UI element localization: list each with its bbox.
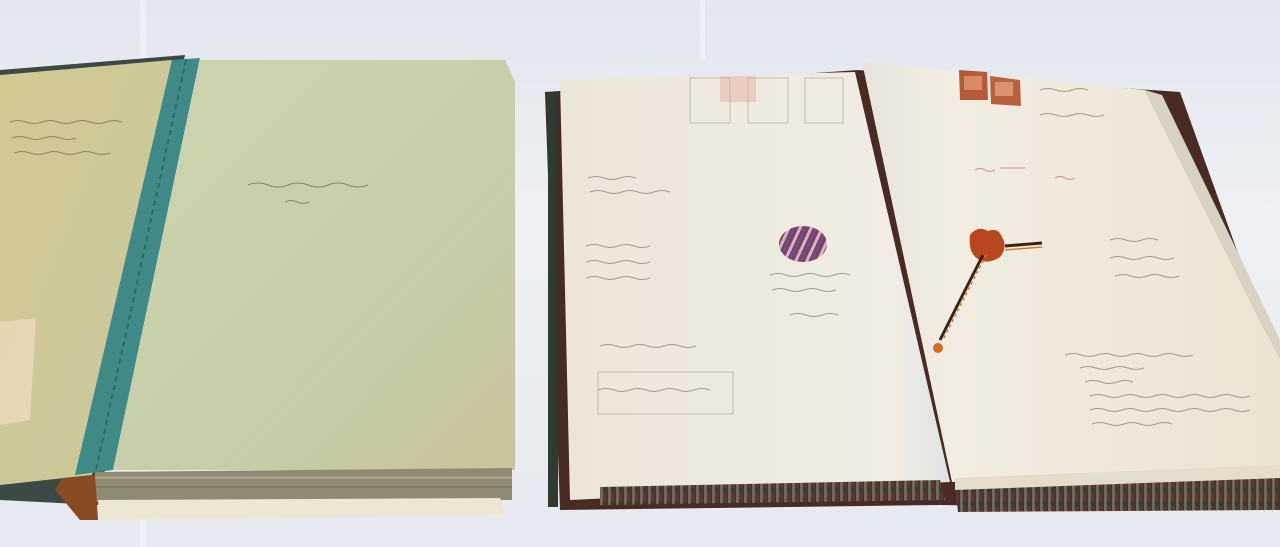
scene-description: Two old open handwritten ledger books on… (8, 532, 294, 543)
books-illustration (0, 0, 1280, 547)
fabric-swatch (779, 226, 827, 262)
photo-scene: Two old open handwritten ledger books on… (0, 0, 1280, 547)
right-ledger (545, 62, 1280, 512)
left-ledger (0, 55, 515, 520)
